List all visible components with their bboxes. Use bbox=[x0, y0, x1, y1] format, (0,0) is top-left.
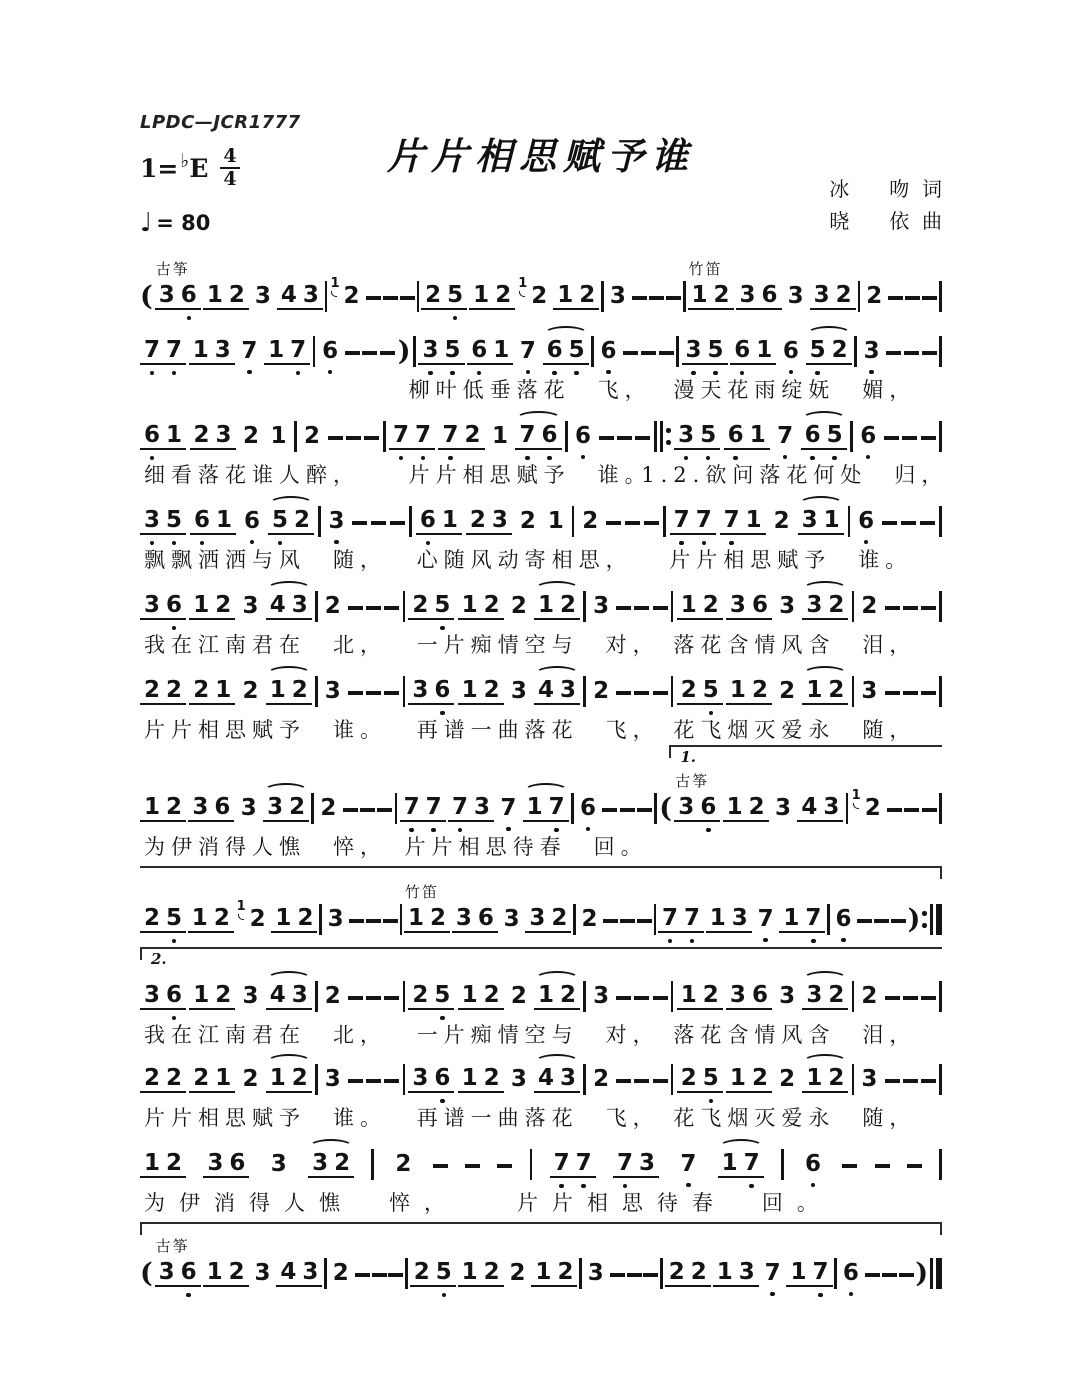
note: 6 bbox=[598, 339, 620, 364]
lyric-phrase: 柳叶低垂落花 飞， bbox=[409, 374, 652, 404]
barline bbox=[417, 281, 420, 312]
barline bbox=[939, 1064, 942, 1095]
duration-dash bbox=[372, 1273, 387, 1276]
barline bbox=[939, 793, 942, 824]
note: 2 bbox=[481, 678, 503, 703]
note: 3 bbox=[238, 796, 260, 821]
note-group: 3 bbox=[500, 907, 524, 932]
note: 1 bbox=[727, 678, 749, 703]
note: 2 bbox=[557, 593, 579, 618]
note-group: 3 bbox=[237, 796, 261, 821]
note: 5 bbox=[705, 338, 727, 363]
note-group: 3 bbox=[507, 679, 531, 704]
note: 7 bbox=[401, 795, 423, 820]
note: 2 bbox=[409, 983, 431, 1008]
note: 3 bbox=[803, 983, 825, 1008]
barline bbox=[671, 591, 674, 622]
barline bbox=[409, 506, 412, 537]
duration-dash bbox=[625, 521, 640, 524]
duration-dash bbox=[606, 521, 621, 524]
note: 3 bbox=[858, 1067, 880, 1092]
barline bbox=[413, 336, 416, 367]
music-system: 25121212312竹笛36332277137176) bbox=[140, 862, 942, 945]
duration-dash bbox=[653, 691, 668, 694]
note: 7 bbox=[546, 795, 568, 820]
note: 7 bbox=[681, 906, 703, 931]
duration-dash bbox=[366, 919, 381, 922]
low-octave-dot bbox=[849, 1292, 853, 1296]
duration-dash bbox=[343, 808, 358, 811]
barline bbox=[571, 793, 574, 824]
barline bbox=[583, 591, 586, 622]
note: 7 bbox=[671, 508, 693, 533]
lyric-phrase: 落花含情风含 泪， bbox=[673, 1019, 916, 1049]
note: 7 bbox=[141, 338, 163, 363]
barline bbox=[294, 421, 297, 452]
note: 6 bbox=[319, 339, 341, 364]
note: 7 bbox=[238, 339, 260, 364]
note: 2 bbox=[481, 983, 503, 1008]
note: 3 bbox=[289, 593, 311, 618]
barline bbox=[858, 281, 861, 312]
music-system: 35616523612321277712316飘飘洒洒与风 随，心随风动寄相思，… bbox=[140, 490, 942, 575]
barline bbox=[671, 1064, 674, 1095]
duration-dash bbox=[885, 691, 900, 694]
note: 5 bbox=[566, 338, 588, 363]
duration-dash bbox=[364, 436, 379, 439]
note: 2 bbox=[163, 1066, 185, 1091]
note: 3 bbox=[204, 1151, 226, 1176]
note: 2 bbox=[190, 1066, 212, 1091]
note-group: 77 bbox=[670, 508, 716, 535]
note-group: 77 bbox=[389, 423, 435, 450]
note: 2 bbox=[240, 424, 262, 449]
note: 1 bbox=[459, 983, 481, 1008]
note: 2 bbox=[462, 423, 484, 448]
duration-dash bbox=[644, 521, 659, 524]
note-group: 3 bbox=[589, 984, 613, 1009]
note: 6 bbox=[163, 983, 185, 1008]
note-group: 12 bbox=[677, 593, 723, 620]
note: 1 bbox=[141, 1151, 163, 1176]
note-group: 52 bbox=[806, 338, 852, 365]
note-group: 43 bbox=[534, 1066, 580, 1093]
note-group: 2 bbox=[516, 509, 540, 534]
note-group: 36古筝 bbox=[674, 795, 720, 822]
note: 1 bbox=[524, 795, 546, 820]
note: 7 bbox=[497, 796, 519, 821]
repeat-dot bbox=[666, 428, 671, 433]
note-group: 13 bbox=[706, 906, 752, 933]
duration-dash bbox=[905, 296, 920, 299]
barline bbox=[660, 1258, 663, 1289]
note: 2 bbox=[829, 338, 851, 363]
lyric-phrase: 再谱一曲落花 飞， bbox=[417, 1102, 660, 1132]
note: 5 bbox=[163, 906, 185, 931]
note: 1 bbox=[753, 338, 775, 363]
note-group: 12 bbox=[726, 1066, 772, 1093]
barline bbox=[573, 904, 576, 935]
barline bbox=[660, 421, 663, 452]
music-system: 222121233612343225122123片片相思赋予 谁。再谱一曲落花 … bbox=[140, 1050, 942, 1133]
note-group: 12 bbox=[203, 1260, 249, 1287]
note: 7 bbox=[614, 1151, 636, 1176]
barline bbox=[939, 281, 942, 312]
note-group: 35 bbox=[674, 423, 720, 450]
note: 2 bbox=[294, 906, 316, 931]
note: 2 bbox=[212, 593, 234, 618]
note: 2 bbox=[481, 1260, 503, 1285]
duration-dash bbox=[907, 1164, 922, 1167]
music-system: 2.361234322512212312363322我在江南君在 北，一片痴情空… bbox=[140, 945, 942, 1050]
note: 1 bbox=[678, 983, 700, 1008]
note-group: 7 bbox=[237, 339, 261, 364]
duration-dash bbox=[921, 436, 936, 439]
note-group: 12 bbox=[802, 678, 848, 705]
note: 1 bbox=[459, 1260, 481, 1285]
note-group: 12 bbox=[723, 795, 769, 822]
note: 3 bbox=[264, 795, 286, 820]
duration-dash bbox=[884, 436, 899, 439]
notation-line: 35616523612321277712316 bbox=[140, 490, 942, 537]
note-group: 12 bbox=[458, 1066, 504, 1093]
duration-dash bbox=[616, 1079, 631, 1082]
note-group: 2 bbox=[506, 1261, 530, 1286]
note-group: 12 bbox=[458, 678, 504, 705]
note-group: 7 bbox=[761, 1261, 785, 1286]
note: 2 bbox=[858, 594, 880, 619]
note: 6 bbox=[163, 593, 185, 618]
duration-dash bbox=[349, 919, 364, 922]
note-group: 2 bbox=[316, 796, 340, 821]
note: 2 bbox=[163, 1151, 185, 1176]
lyric-phrase: 花飞烟灭爱永 随， bbox=[673, 714, 916, 744]
notation-line: 361234322512212312363322 bbox=[140, 575, 942, 622]
lyric-phrase: 片片相思待春 回。 bbox=[405, 831, 648, 861]
note-group: 3 bbox=[250, 1261, 274, 1286]
duration-dash bbox=[634, 996, 649, 999]
note: 3 bbox=[239, 984, 261, 1009]
note-group: 35 bbox=[418, 338, 464, 365]
note-group: 35 bbox=[140, 508, 186, 535]
music-system: (36古筝123431225121212312竹笛363322 bbox=[140, 247, 942, 322]
note: 3 bbox=[299, 1260, 321, 1285]
note-group: 3 bbox=[771, 796, 795, 821]
note-group: 17 bbox=[523, 795, 569, 822]
note-group: 3 bbox=[267, 1152, 291, 1177]
barline bbox=[939, 591, 942, 622]
note: 2 bbox=[508, 594, 530, 619]
note-group: 12 bbox=[458, 1260, 504, 1287]
note: 3 bbox=[737, 283, 759, 308]
note: 2 bbox=[411, 1260, 433, 1285]
low-octave-dot bbox=[442, 1293, 446, 1297]
note-group: 2 bbox=[857, 984, 881, 1009]
note: 1 bbox=[190, 983, 212, 1008]
note: 3 bbox=[252, 284, 274, 309]
note-group: 12 bbox=[203, 283, 249, 310]
note: 4 bbox=[278, 283, 300, 308]
repeat-dot bbox=[922, 911, 927, 916]
note: 1 bbox=[163, 423, 185, 448]
barline bbox=[315, 676, 318, 707]
note-group: 6 bbox=[801, 1152, 825, 1177]
barline bbox=[315, 1064, 318, 1095]
note-group: 12 bbox=[458, 593, 504, 620]
note: 5 bbox=[433, 1260, 455, 1285]
note: 2 bbox=[825, 593, 847, 618]
note: 5 bbox=[431, 593, 453, 618]
duration-dash bbox=[920, 521, 935, 524]
lyrics-row: 我在江南君在 北，一片痴情空与 对，落花含情风含 泪， bbox=[140, 622, 942, 660]
note: 3 bbox=[212, 338, 234, 363]
note-group: 2 bbox=[589, 1067, 613, 1092]
duration-dash bbox=[899, 1273, 914, 1276]
duration-dash bbox=[634, 1079, 649, 1082]
note-group: 36 bbox=[452, 906, 498, 933]
note: 6 bbox=[725, 423, 747, 448]
lyric-phrase: 我在江南君在 北， bbox=[144, 1019, 387, 1049]
duration-dash bbox=[627, 1273, 642, 1276]
barline bbox=[579, 1258, 582, 1289]
note: 3 bbox=[239, 594, 261, 619]
note: 6 bbox=[802, 1152, 824, 1177]
barline bbox=[565, 421, 568, 452]
note: 1 bbox=[803, 678, 825, 703]
lyric-phrase: 1.2.欲问落花何处 归， bbox=[641, 459, 948, 489]
low-octave-dot bbox=[811, 939, 815, 943]
barline bbox=[583, 1064, 586, 1095]
note-group: 2 bbox=[857, 594, 881, 619]
note-group: 22 bbox=[140, 678, 186, 705]
note: 7 bbox=[659, 906, 681, 931]
note: 5 bbox=[824, 423, 846, 448]
duration-dash bbox=[383, 296, 398, 299]
note: 7 bbox=[721, 508, 743, 533]
note-group: 36 bbox=[140, 983, 186, 1010]
note-group: 2 bbox=[775, 1067, 799, 1092]
duration-dash bbox=[610, 1273, 625, 1276]
note-group: 2 bbox=[321, 594, 345, 619]
duration-dash bbox=[888, 296, 903, 299]
final-barline bbox=[930, 1258, 942, 1289]
duration-dash bbox=[360, 808, 375, 811]
note-group: 2 bbox=[238, 679, 262, 704]
note: 2 bbox=[678, 678, 700, 703]
note: 7 bbox=[741, 1151, 763, 1176]
lyric-phrase: 花飞烟灭爱永 随， bbox=[673, 1102, 916, 1132]
note: 2 bbox=[749, 678, 771, 703]
duration-dash bbox=[904, 351, 919, 354]
note-group: 3 bbox=[321, 1067, 345, 1092]
lyric-phrase: 片片相思赋予 谁。 bbox=[144, 1102, 387, 1132]
note: 1 bbox=[459, 678, 481, 703]
repeat-dots bbox=[666, 428, 671, 444]
repeat-dot bbox=[666, 440, 671, 445]
duration-dash bbox=[634, 691, 649, 694]
note: 1 bbox=[490, 338, 512, 363]
note-group: 25 bbox=[408, 983, 454, 1010]
repeat-dot bbox=[922, 923, 927, 928]
note-group: 12 bbox=[534, 593, 580, 620]
barline bbox=[781, 1149, 784, 1180]
note: 2 bbox=[239, 679, 261, 704]
barline bbox=[403, 591, 406, 622]
parenthesis: ) bbox=[908, 906, 921, 933]
lyric-phrase: 漫天花雨绽妩 媚， bbox=[673, 374, 916, 404]
barline bbox=[852, 676, 855, 707]
duration-dash bbox=[659, 351, 674, 354]
tempo-value: = 80 bbox=[156, 211, 210, 235]
duration-dash bbox=[348, 996, 363, 999]
duration-dash bbox=[882, 1273, 897, 1276]
barline bbox=[936, 1258, 942, 1289]
barline bbox=[939, 506, 942, 537]
note-group: 17 bbox=[786, 1260, 832, 1287]
note: 6 bbox=[759, 283, 781, 308]
instrument-label: 古筝 bbox=[675, 770, 709, 791]
barline bbox=[939, 336, 942, 367]
composer-credit: 晓 依 曲 bbox=[829, 205, 942, 237]
note: 1 bbox=[535, 593, 557, 618]
note-group: 6 bbox=[779, 339, 803, 364]
note-group: 12 bbox=[266, 678, 312, 705]
duration-dash bbox=[904, 808, 919, 811]
duration-dash bbox=[388, 1273, 403, 1276]
note-group: 3 bbox=[775, 594, 799, 619]
duration-dash bbox=[348, 606, 363, 609]
note-group: 52 bbox=[268, 508, 314, 535]
note: 2 bbox=[289, 678, 311, 703]
note: 4 bbox=[798, 795, 820, 820]
note-group: 72 bbox=[438, 423, 484, 450]
barline bbox=[530, 1149, 533, 1180]
barline bbox=[850, 421, 853, 452]
barline bbox=[852, 981, 855, 1012]
note-group: 12 bbox=[236, 907, 270, 932]
note: 6 bbox=[241, 509, 263, 534]
note: 2 bbox=[825, 983, 847, 1008]
note: 5 bbox=[442, 338, 464, 363]
note-group: 35 bbox=[682, 338, 728, 365]
note-group: 13 bbox=[713, 1260, 759, 1287]
note: 6 bbox=[475, 906, 497, 931]
note: 2 bbox=[863, 284, 885, 309]
note-group: 1 bbox=[488, 424, 512, 449]
note: 2 bbox=[507, 1261, 529, 1286]
note: 3 bbox=[409, 678, 431, 703]
duration-dash bbox=[634, 606, 649, 609]
note-group: 7 bbox=[676, 1152, 700, 1177]
duration-dash bbox=[874, 919, 889, 922]
music-system: 1236332277737176为伊消得人憔 悴，片片相思待春 回。 bbox=[140, 1133, 942, 1218]
note: 1 bbox=[707, 906, 729, 931]
instrument-label: 竹笛 bbox=[405, 881, 439, 902]
note: 3 bbox=[683, 338, 705, 363]
note-group: 36 bbox=[736, 283, 782, 310]
note-group: 2 bbox=[321, 984, 345, 1009]
lyric-phrase: 为伊消得人憔 悴， bbox=[144, 1187, 459, 1217]
note-group: 61 bbox=[416, 508, 462, 535]
note: 1 bbox=[459, 593, 481, 618]
note-group: 32 bbox=[810, 283, 856, 310]
note-group: 6 bbox=[240, 509, 264, 534]
lyric-phrase: 细看落花谁人醉， bbox=[144, 459, 360, 489]
note-group: 43 bbox=[266, 983, 312, 1010]
barline bbox=[325, 281, 328, 312]
duration-dash bbox=[380, 351, 395, 354]
note: 1 bbox=[821, 508, 843, 533]
note-group: 61 bbox=[140, 423, 186, 450]
barline bbox=[834, 1258, 837, 1289]
duration-dash bbox=[649, 296, 664, 299]
note-group: 2 bbox=[770, 509, 794, 534]
barline bbox=[395, 793, 398, 824]
note: 6 bbox=[191, 508, 213, 533]
note: 3 bbox=[675, 795, 697, 820]
duration-dash bbox=[384, 996, 399, 999]
note: 1 bbox=[190, 593, 212, 618]
duration-dash bbox=[617, 436, 632, 439]
repeat-start-barline bbox=[654, 421, 671, 452]
barline bbox=[939, 981, 942, 1012]
duration-dash bbox=[384, 1079, 399, 1082]
note: 1 bbox=[439, 508, 461, 533]
note: 7 bbox=[774, 424, 796, 449]
note: 6 bbox=[431, 678, 453, 703]
note: 2 bbox=[825, 678, 847, 703]
notation-line: 1236332277737176 bbox=[140, 1133, 942, 1180]
note-group: 12 bbox=[677, 983, 723, 1010]
note: 2 bbox=[141, 678, 163, 703]
note-group: 2 bbox=[391, 1152, 415, 1177]
note: 3 bbox=[727, 983, 749, 1008]
note: 2 bbox=[528, 284, 550, 309]
lyrics-row: 柳叶低垂落花 飞，漫天花雨绽妩 媚， bbox=[140, 367, 942, 405]
note: 2 bbox=[409, 593, 431, 618]
note: 2 bbox=[291, 508, 313, 533]
barline bbox=[654, 793, 657, 824]
duration-dash bbox=[390, 521, 405, 524]
note-group: 7 bbox=[496, 796, 520, 821]
note: 3 bbox=[508, 679, 530, 704]
duration-dash bbox=[599, 436, 614, 439]
note: 6 bbox=[833, 907, 855, 932]
note: 1 bbox=[787, 1260, 809, 1285]
note: 1 bbox=[747, 423, 769, 448]
note: 7 bbox=[802, 906, 824, 931]
barline bbox=[654, 904, 657, 935]
duration-dash bbox=[641, 351, 656, 354]
note: 2 bbox=[517, 509, 539, 534]
note: 4 bbox=[535, 1066, 557, 1091]
note: 2 bbox=[301, 424, 323, 449]
notation-line: 222121233612343225122123 bbox=[140, 1050, 942, 1095]
barline bbox=[311, 793, 314, 824]
note-group: 13 bbox=[189, 338, 235, 365]
barline bbox=[583, 676, 586, 707]
note-group: 36古筝 bbox=[155, 1260, 201, 1287]
duration-dash bbox=[921, 691, 936, 694]
note-group: 3 bbox=[589, 594, 613, 619]
note: 2 bbox=[771, 509, 793, 534]
note-group: 77 bbox=[550, 1151, 596, 1178]
note-group: 12 bbox=[531, 1260, 577, 1287]
note: 1 bbox=[212, 1066, 234, 1091]
barline bbox=[403, 1064, 406, 1095]
duration-dash bbox=[400, 296, 415, 299]
note: 2 bbox=[833, 283, 855, 308]
